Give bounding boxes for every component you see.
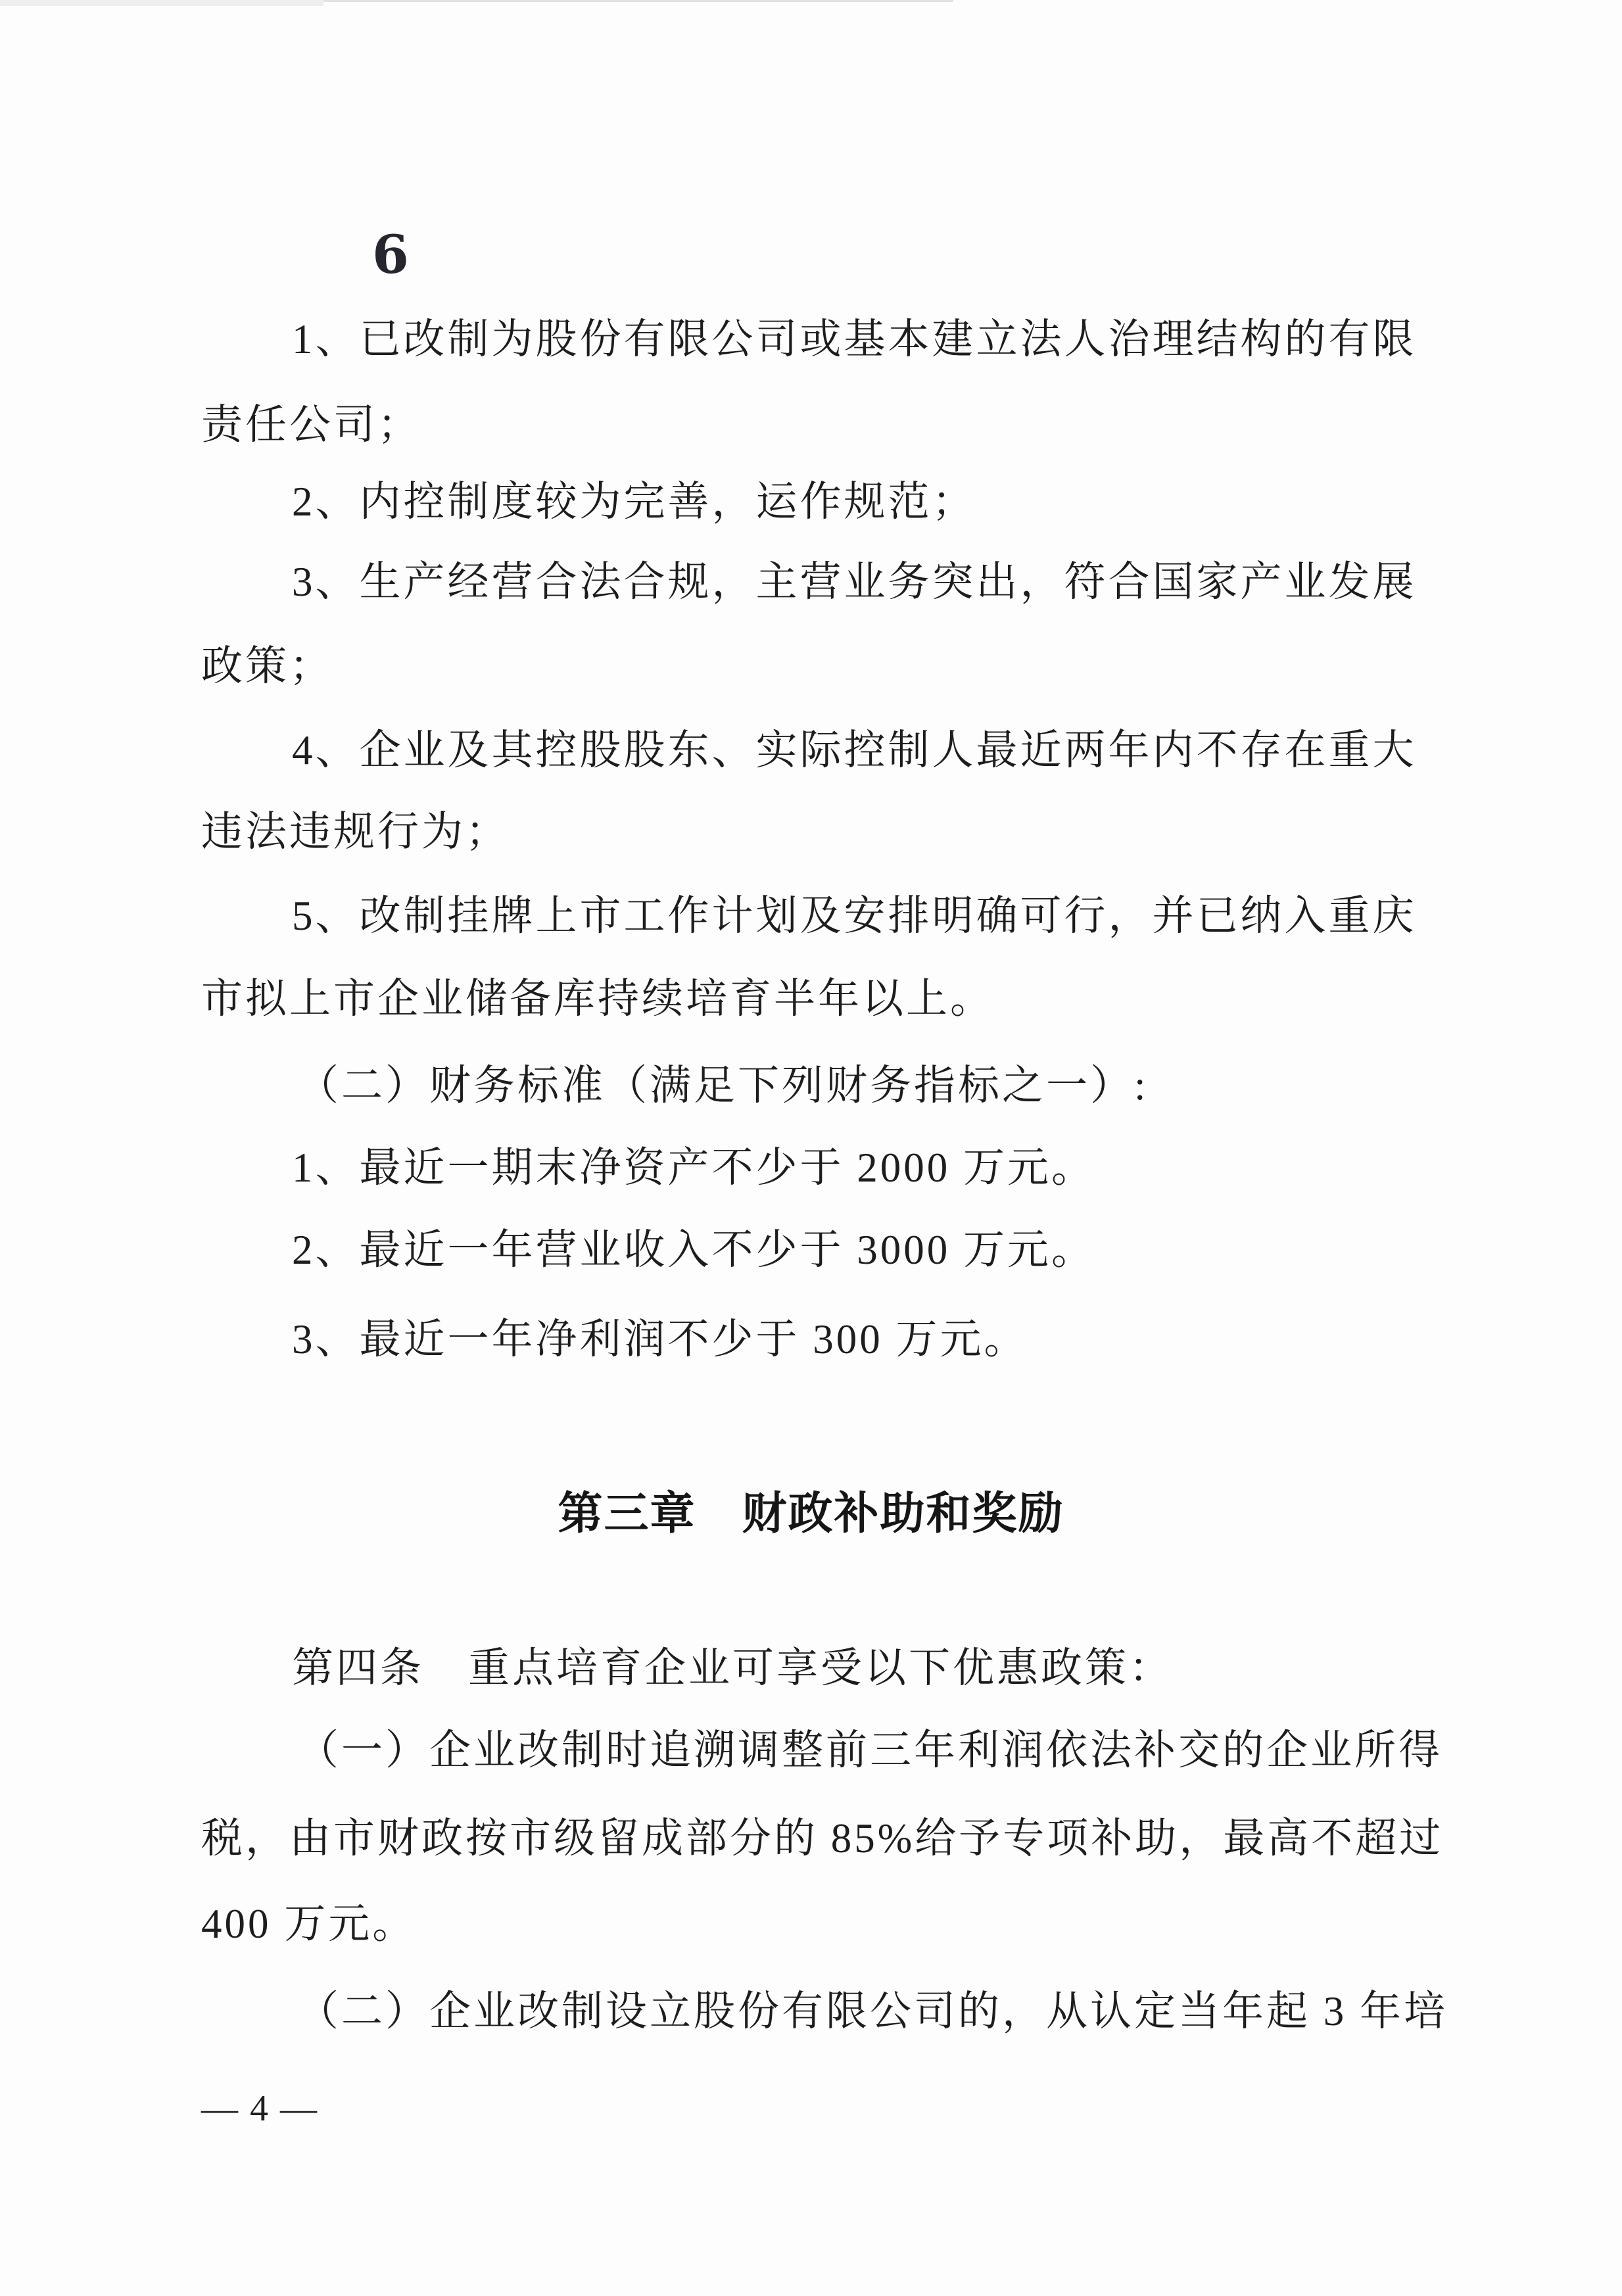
body-line: 400 万元。: [201, 1897, 416, 1951]
body-line: 市拟上市企业储备库持续培育半年以上。: [201, 972, 994, 1026]
scan-artifact: [0, 0, 323, 6]
page-footer-number: — 4 —: [201, 2086, 318, 2132]
body-line: 税，由市财政按市级留成部分的 85%给予专项补助，最高不超过: [201, 1811, 1443, 1865]
body-line: 责任公司；: [201, 398, 421, 452]
body-line: （二）企业改制设立股份有限公司的，从认定当年起 3 年培: [297, 1984, 1448, 2038]
body-line: 第四条 重点培育企业可享受以下优惠政策：: [292, 1641, 1173, 1695]
page-corner-annotation: 6: [371, 223, 410, 285]
body-line: 2、最近一年营业收入不少于 3000 万元。: [292, 1223, 1095, 1277]
body-line: 1、已改制为股份有限公司或基本建立法人治理结构的有限: [292, 312, 1417, 366]
body-line: 5、改制挂牌上市工作计划及安排明确可行，并已纳入重庆: [292, 889, 1417, 943]
body-line: 4、企业及其控股股东、实际控制人最近两年内不存在重大: [292, 723, 1417, 777]
body-line: （一）企业改制时追溯调整前三年利润依法补交的企业所得: [297, 1723, 1443, 1777]
body-line: 政策；: [201, 639, 333, 693]
chapter-heading: 第三章 财政补助和奖励: [0, 1483, 1622, 1544]
document-page: 6 1、已改制为股份有限公司或基本建立法人治理结构的有限 责任公司； 2、内控制…: [0, 0, 1622, 2296]
body-line: 1、最近一期末净资产不少于 2000 万元。: [292, 1141, 1095, 1195]
body-line: 3、生产经营合法合规，主营业务突出，符合国家产业发展: [292, 555, 1417, 609]
body-line: 3、最近一年净利润不少于 300 万元。: [292, 1312, 1028, 1366]
body-line: 违法违规行为；: [201, 805, 510, 859]
body-line: （二）财务标准（满足下列财务指标之一）:: [297, 1059, 1149, 1112]
body-line: 2、内控制度较为完善，运作规范；: [292, 475, 976, 529]
